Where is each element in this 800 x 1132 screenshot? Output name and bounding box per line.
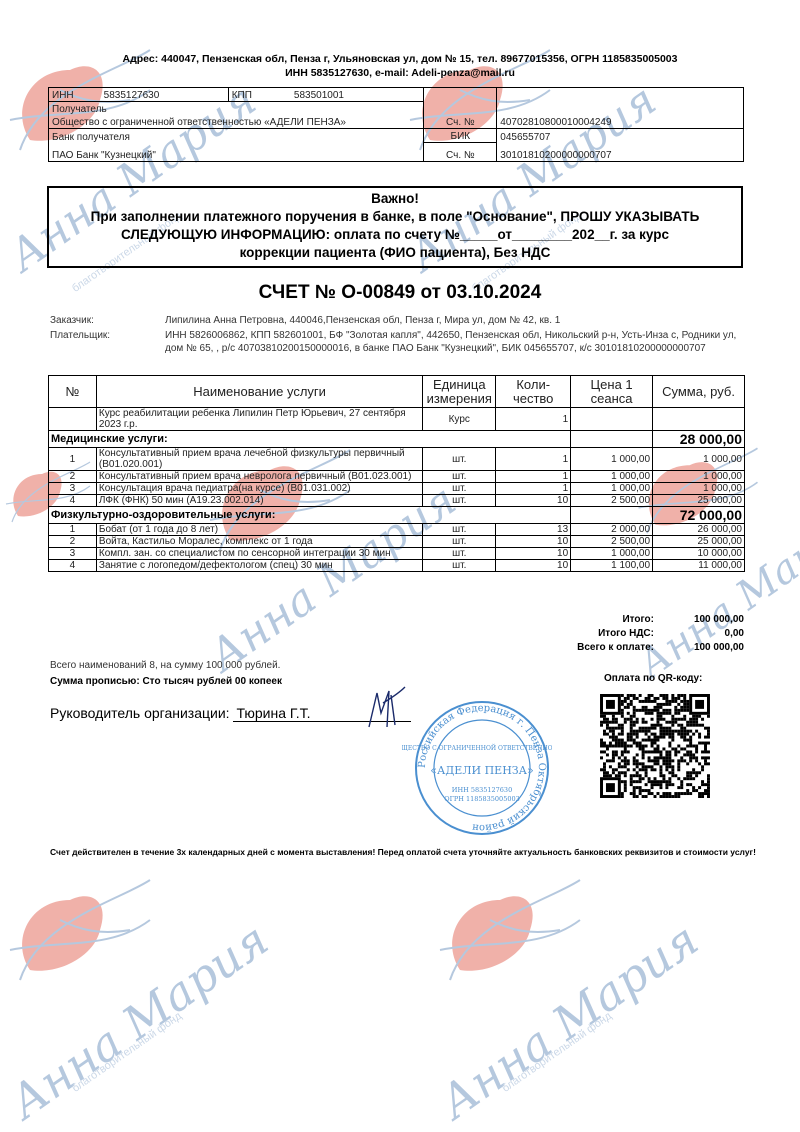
service-name: Войта, Кастильо Моралес, комплекс от 1 г… [96, 536, 422, 548]
payer-value: ИНН 5826006862, КПП 582601001, БФ "Золот… [165, 329, 750, 355]
row-number: 4 [49, 560, 97, 572]
quantity: 1 [496, 483, 571, 495]
group-title: Физкультурно-оздоровительные услуги: [49, 507, 571, 524]
kpp-value: 583501001 [294, 90, 344, 101]
service-name: Курс реабилитации ребенка Липилин Петр Ю… [96, 408, 422, 431]
corr-account-value: 30101810200000000707 [497, 143, 744, 162]
vat-value: 0,00 [654, 627, 744, 641]
row-number: 3 [49, 548, 97, 560]
quantity: 13 [496, 524, 571, 536]
company-stamp: Российская Федерация г. Пенза Октябрьски… [402, 688, 552, 838]
service-name: Консультативный прием врача лечебной физ… [96, 448, 422, 471]
quantity: 10 [496, 536, 571, 548]
signature-line: Руководитель организации: Тюрина Г.Т. [50, 705, 411, 722]
group-row: Физкультурно-оздоровительные услуги:72 0… [49, 507, 745, 524]
group-row: Медицинские услуги:28 000,00 [49, 431, 745, 448]
row-number: 4 [49, 495, 97, 507]
row-sum: 25 000,00 [653, 536, 745, 548]
price: 2 000,00 [571, 524, 653, 536]
service-name: Занятие с логопедом/дефектологом (спец) … [96, 560, 422, 572]
service-name: ЛФК (ФНК) 50 мин (А19.23.002.014) [96, 495, 422, 507]
qr-code-icon[interactable] [600, 694, 710, 798]
table-row: Курс реабилитации ребенка Липилин Петр Ю… [49, 408, 745, 431]
signature-icon [365, 683, 415, 733]
row-sum: 1 000,00 [653, 448, 745, 471]
price: 1 100,00 [571, 560, 653, 572]
parties: Заказчик:Липилина Анна Петровна, 440046,… [50, 314, 750, 355]
bik-value: 045655707 [497, 129, 744, 143]
service-name: Консультативный прием врача невролога пе… [96, 471, 422, 483]
row-number: 2 [49, 471, 97, 483]
quantity: 1 [496, 448, 571, 471]
unit: шт. [423, 548, 496, 560]
row-sum [653, 408, 745, 431]
table-row: 4Занятие с логопедом/дефектологом (спец)… [49, 560, 745, 572]
unit: шт. [423, 448, 496, 471]
group-total: 28 000,00 [653, 431, 745, 448]
qr-label: Оплата по QR-коду: [604, 673, 702, 684]
group-empty [571, 431, 653, 448]
quantity: 1 [496, 471, 571, 483]
row-number: 1 [49, 524, 97, 536]
inn-value: 5835127630 [104, 90, 160, 101]
row-sum: 10 000,00 [653, 548, 745, 560]
due-value: 100 000,00 [654, 641, 744, 655]
price: 1 000,00 [571, 483, 653, 495]
bank-details-table: ИНН5835127630 КПП583501001 Получатель Сч… [48, 87, 744, 162]
unit: шт. [423, 524, 496, 536]
unit: шт. [423, 495, 496, 507]
svg-text:«АДЕЛИ ПЕНЗА»: «АДЕЛИ ПЕНЗА» [430, 764, 533, 777]
service-name: Компл. зан. со специалистом по сенсорной… [96, 548, 422, 560]
row-sum: 1 000,00 [653, 483, 745, 495]
table-header: № Наименование услуги Единица измерения … [49, 376, 745, 408]
group-empty [571, 507, 653, 524]
price: 2 500,00 [571, 536, 653, 548]
account-value: 40702810800010004249 [497, 102, 744, 129]
table-row: 4ЛФК (ФНК) 50 мин (А19.23.002.014)шт.102… [49, 495, 745, 507]
services-table: № Наименование услуги Единица измерения … [48, 375, 745, 572]
unit: шт. [423, 560, 496, 572]
row-number: 3 [49, 483, 97, 495]
customer-value: Липилина Анна Петровна, 440046,Пензенска… [165, 314, 560, 327]
group-title: Медицинские услуги: [49, 431, 571, 448]
validity-note: Счет действителен в течение 3х календарн… [50, 847, 760, 858]
unit: Курс [423, 408, 496, 431]
table-row: 3Консультация врача педиатра(на курсе) (… [49, 483, 745, 495]
price: 1 000,00 [571, 471, 653, 483]
row-number [49, 408, 97, 431]
unit: шт. [423, 471, 496, 483]
total-value: 100 000,00 [654, 613, 744, 627]
table-row: 2Консультативный прием врача невролога п… [49, 471, 745, 483]
row-number: 2 [49, 536, 97, 548]
company-address: Адрес: 440047, Пензенская обл, Пенза г, … [0, 52, 800, 80]
row-sum: 26 000,00 [653, 524, 745, 536]
price: 1 000,00 [571, 548, 653, 560]
row-sum: 1 000,00 [653, 471, 745, 483]
invoice-title: СЧЕТ № О-00849 от 03.10.2024 [0, 282, 800, 304]
important-notice: Важно! При заполнении платежного поручен… [47, 186, 743, 268]
table-row: 3Компл. зан. со специалистом по сенсорно… [49, 548, 745, 560]
group-total: 72 000,00 [653, 507, 745, 524]
quantity: 10 [496, 495, 571, 507]
row-sum: 25 000,00 [653, 495, 745, 507]
row-sum: 11 000,00 [653, 560, 745, 572]
quantity: 10 [496, 548, 571, 560]
price: 1 000,00 [571, 448, 653, 471]
table-row: 1Бобат (от 1 года до 8 лет)шт.132 000,00… [49, 524, 745, 536]
svg-text:ОБЩЕСТВО С ОГРАНИЧЕННОЙ ОТВЕТС: ОБЩЕСТВО С ОГРАНИЧЕННОЙ ОТВЕТСТВЕННОСТЬЮ [402, 744, 552, 752]
service-name: Бобат (от 1 года до 8 лет) [96, 524, 422, 536]
service-name: Консультация врача педиатра(на курсе) (В… [96, 483, 422, 495]
totals: Итого:100 000,00 Итого НДС:0,00 Всего к … [577, 613, 744, 655]
svg-text:ИНН 5835127630: ИНН 5835127630 [452, 786, 512, 794]
svg-text:ОГРН 1185835005003: ОГРН 1185835005003 [444, 795, 520, 803]
table-row: 2Войта, Кастильо Моралес, комплекс от 1 … [49, 536, 745, 548]
recipient-name: Общество с ограниченной ответственностью… [49, 115, 424, 129]
quantity: 1 [496, 408, 571, 431]
price [571, 408, 653, 431]
row-number: 1 [49, 448, 97, 471]
price: 2 500,00 [571, 495, 653, 507]
bank-name: ПАО Банк "Кузнецкий" [49, 143, 424, 162]
table-row: 1Консультативный прием врача лечебной фи… [49, 448, 745, 471]
unit: шт. [423, 536, 496, 548]
quantity: 10 [496, 560, 571, 572]
summary: Всего наименований 8, на сумму 100 000 р… [50, 658, 282, 690]
unit: шт. [423, 483, 496, 495]
